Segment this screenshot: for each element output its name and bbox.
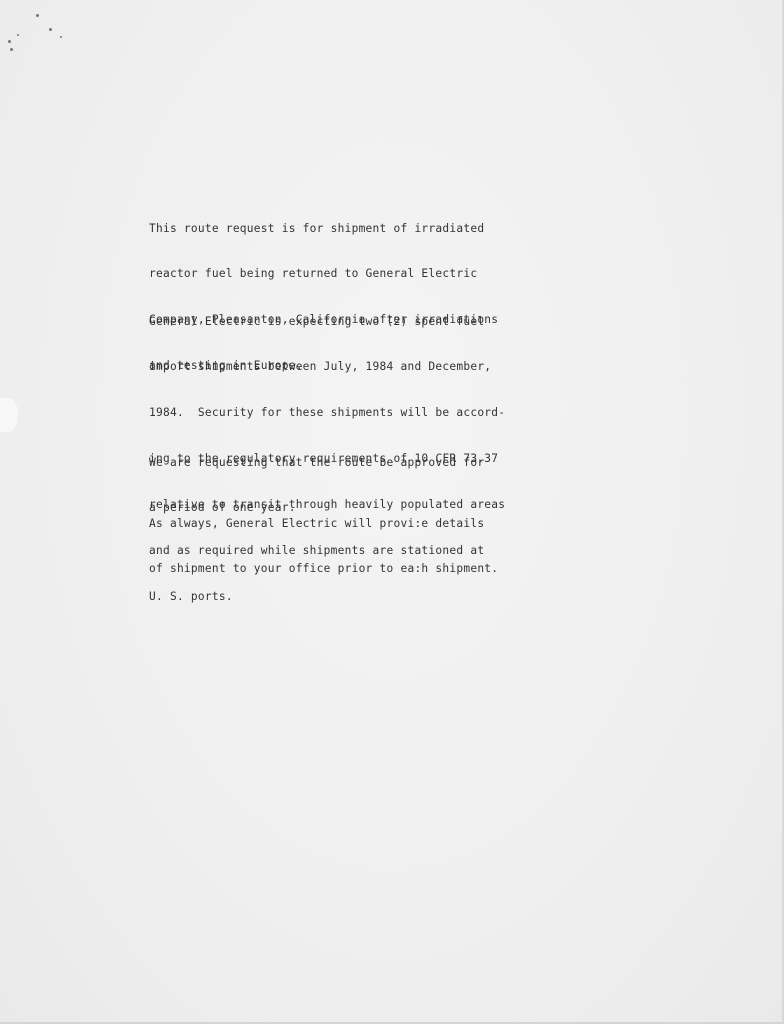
- text-line: General Electric is expecting two (2) sp…: [149, 314, 505, 329]
- scan-speck: [60, 36, 62, 38]
- paragraph-closing: As always, General Electric will provi:e…: [149, 485, 498, 607]
- scan-speck: [49, 28, 52, 31]
- text-line: reactor fuel being returned to General E…: [149, 266, 498, 281]
- scan-speck: [17, 34, 19, 36]
- scan-speck: [8, 40, 11, 43]
- punch-hole: [0, 398, 18, 432]
- text-line: As always, General Electric will provi:e…: [149, 516, 498, 531]
- scan-speck: [36, 14, 39, 17]
- scanned-page: This route request is for shipment of ir…: [0, 0, 784, 1024]
- text-line: This route request is for shipment of ir…: [149, 221, 498, 236]
- text-line: We are requesting that the route be appr…: [149, 455, 484, 470]
- text-line: of shipment to your office prior to ea:h…: [149, 561, 498, 576]
- text-line: import shipments between July, 1984 and …: [149, 359, 505, 374]
- text-line: 1984. Security for these shipments will …: [149, 405, 505, 420]
- scan-speck: [10, 48, 13, 51]
